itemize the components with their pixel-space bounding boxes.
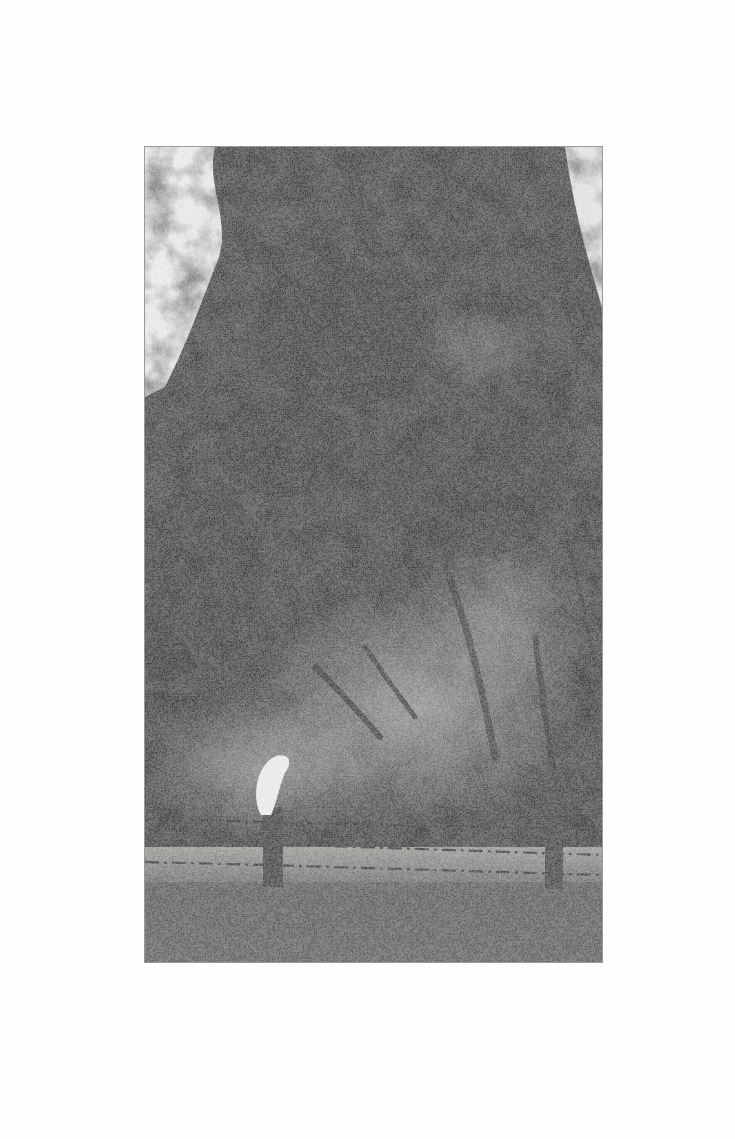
print-image — [145, 147, 602, 962]
paper-sheet — [0, 0, 735, 1139]
print-plate — [145, 147, 602, 962]
